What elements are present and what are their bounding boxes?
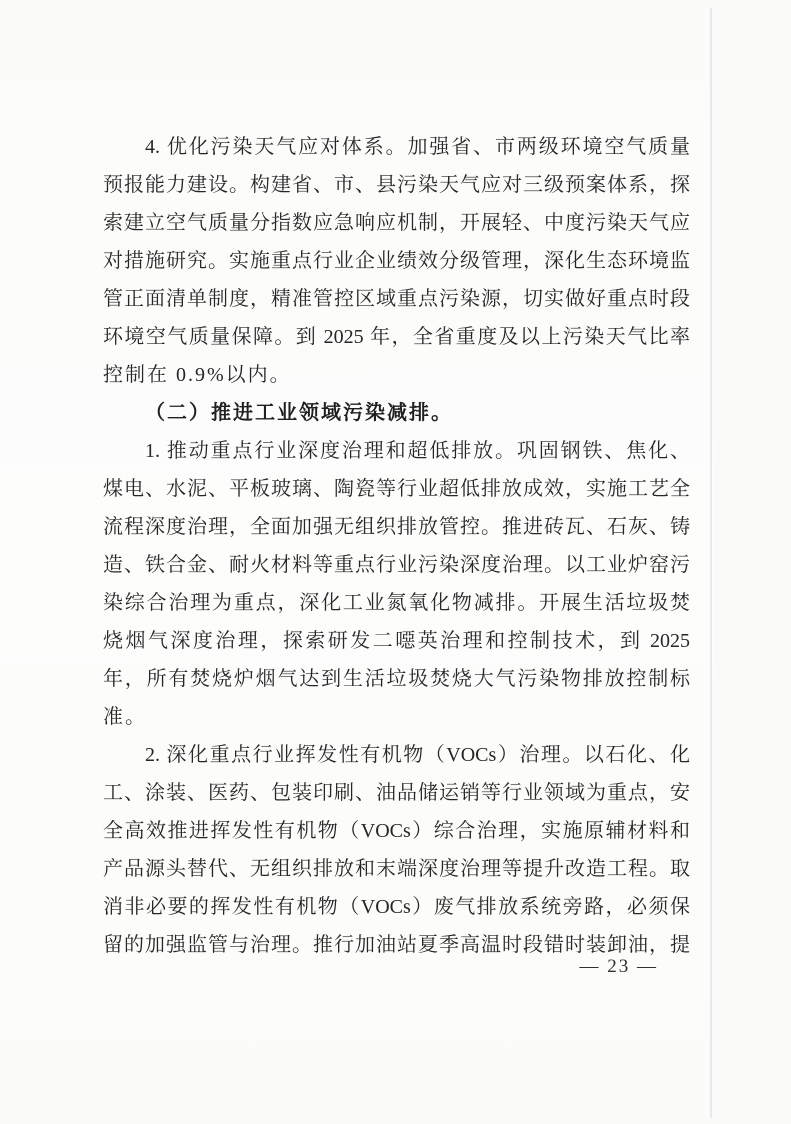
text-line: 准。 xyxy=(103,698,690,736)
text-line: 流程深度治理，全面加强无组织排放管控。推进砖瓦、石灰、铸 xyxy=(103,508,690,546)
text-line: 产品源头替代、无组织排放和末端深度治理等提升改造工程。取 xyxy=(103,850,690,888)
scan-edge-band xyxy=(713,0,791,1124)
text-line: 1. 推动重点行业深度治理和超低排放。巩固钢铁、焦化、 xyxy=(103,432,690,470)
text-line: 4. 优化污染天气应对体系。加强省、市两级环境空气质量 xyxy=(103,128,690,166)
text-line: 2. 深化重点行业挥发性有机物（VOCs）治理。以石化、化 xyxy=(103,736,690,774)
text-line: 染综合治理为重点，深化工业氮氧化物减排。开展生活垃圾焚 xyxy=(103,584,690,622)
document-body: 4. 优化污染天气应对体系。加强省、市两级环境空气质量预报能力建设。构建省、市、… xyxy=(103,128,690,964)
text-line: 索建立空气质量分指数应急响应机制，开展轻、中度污染天气应 xyxy=(103,204,690,242)
section-heading-line: （二）推进工业领域污染减排。 xyxy=(103,394,690,432)
text-line: 造、铁合金、耐火材料等重点行业污染深度治理。以工业炉窑污 xyxy=(103,546,690,584)
text-line: 年，所有焚烧炉烟气达到生活垃圾焚烧大气污染物排放控制标 xyxy=(103,660,690,698)
text-line: 消非必要的挥发性有机物（VOCs）废气排放系统旁路，必须保 xyxy=(103,888,690,926)
page-number: — 23 — xyxy=(103,953,658,981)
text-line: 预报能力建设。构建省、市、县污染天气应对三级预案体系，探 xyxy=(103,166,690,204)
text-line: 烧烟气深度治理，探索研发二噁英治理和控制技术，到 2025 xyxy=(103,622,690,660)
text-line: 控制在 0.9%以内。 xyxy=(103,356,690,394)
text-line: 全高效推进挥发性有机物（VOCs）综合治理，实施原辅材料和 xyxy=(103,812,690,850)
scan-artifact-line xyxy=(710,8,712,1118)
text-line: 对措施研究。实施重点行业企业绩效分级管理，深化生态环境监 xyxy=(103,242,690,280)
text-line: 工、涂装、医药、包装印刷、油品储运销等行业领域为重点，安 xyxy=(103,774,690,812)
text-line: 煤电、水泥、平板玻璃、陶瓷等行业超低排放成效，实施工艺全 xyxy=(103,470,690,508)
scanned-page: 4. 优化污染天气应对体系。加强省、市两级环境空气质量预报能力建设。构建省、市、… xyxy=(0,0,791,1124)
text-line: 环境空气质量保障。到 2025 年，全省重度及以上污染天气比率 xyxy=(103,318,690,356)
text-line: 管正面清单制度，精准管控区域重点污染源，切实做好重点时段 xyxy=(103,280,690,318)
